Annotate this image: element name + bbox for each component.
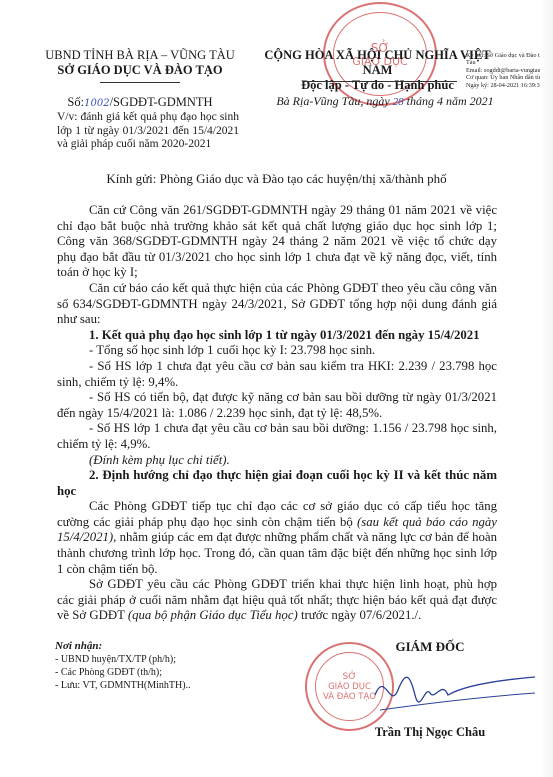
handwritten-day: 28 [393, 96, 404, 108]
paragraph-basis-2: Căn cứ báo cáo kết quả thực hiện của các… [57, 281, 497, 328]
section-heading-2: 2. Định hướng chỉ đạo thực hiện giai đoạ… [57, 468, 497, 499]
list-item: - Số HS lớp 1 chưa đạt yêu cầu cơ bản sa… [57, 421, 497, 452]
document-number: Số:1002/SGDĐT-GDMNTH [40, 95, 240, 110]
handwritten-number: 1002 [84, 98, 109, 109]
paragraph-request: Sở GDĐT yêu cầu các Phòng GDĐT triển kha… [57, 577, 497, 624]
signer-name: Trần Thị Ngọc Châu [340, 725, 520, 740]
receivers-list: Nơi nhận: - UBND huyện/TX/TP (ph/h); - C… [55, 640, 255, 692]
receiver-item: - UBND huyện/TX/TP (ph/h); [55, 653, 255, 666]
document-body: Căn cứ Công văn 261/SGDĐT-GDMNTH ngày 29… [57, 203, 497, 624]
receiver-item: - Lưu: VT, GDMNTH(MinhTH).. [55, 679, 255, 692]
org-line-1: UBND TỈNH BÀ RỊA – VŨNG TÀU [40, 48, 240, 63]
handwritten-signature-icon [370, 665, 540, 725]
document-subject: V/v: đánh giá kết quả phụ đạo học sinh l… [57, 111, 239, 152]
org-line-2: SỞ GIÁO DỤC VÀ ĐÀO TẠO [40, 63, 240, 78]
attachment-note: (Đính kèm phụ lục chi tiết). [89, 453, 230, 467]
receivers-title: Nơi nhận: [55, 640, 255, 653]
receiver-item: - Các Phòng GDĐT (th/h); [55, 666, 255, 679]
section-heading-1: 1. Kết quả phụ đạo học sinh lớp 1 từ ngà… [57, 328, 497, 344]
paragraph-guidance: Các Phòng GDĐT tiếp tục chỉ đạo các cơ s… [57, 499, 497, 577]
divider-left [100, 82, 180, 83]
issuing-authority: UBND TỈNH BÀ RỊA – VŨNG TÀU SỞ GIÁO DỤC … [40, 48, 240, 78]
divider-right [302, 81, 457, 82]
paragraph-basis-1: Căn cứ Công văn 261/SGDĐT-GDMNTH ngày 29… [57, 203, 497, 281]
list-item: - Số HS có tiến bộ, đạt được kỹ năng cơ … [57, 390, 497, 421]
national-title: CỘNG HÒA XÃ HỘI CHỦ NGHĨA VIỆT NAM [255, 48, 500, 78]
document-date: Bà Rịa-Vũng Tàu, ngày 28 tháng 4 năm 202… [270, 94, 500, 109]
list-item: - Số HS lớp 1 chưa đạt yêu cầu cơ bản sa… [57, 359, 497, 390]
page-edge [540, 0, 553, 777]
signer-position: GIÁM ĐỐC [365, 639, 495, 655]
national-header: CỘNG HÒA XÃ HỘI CHỦ NGHĨA VIỆT NAM Độc l… [255, 48, 500, 93]
list-item: - Tổng số học sinh lớp 1 cuối học kỳ I: … [57, 343, 497, 359]
recipient-line: Kính gửi: Phòng Giáo dục và Đào tạo các … [0, 171, 553, 187]
